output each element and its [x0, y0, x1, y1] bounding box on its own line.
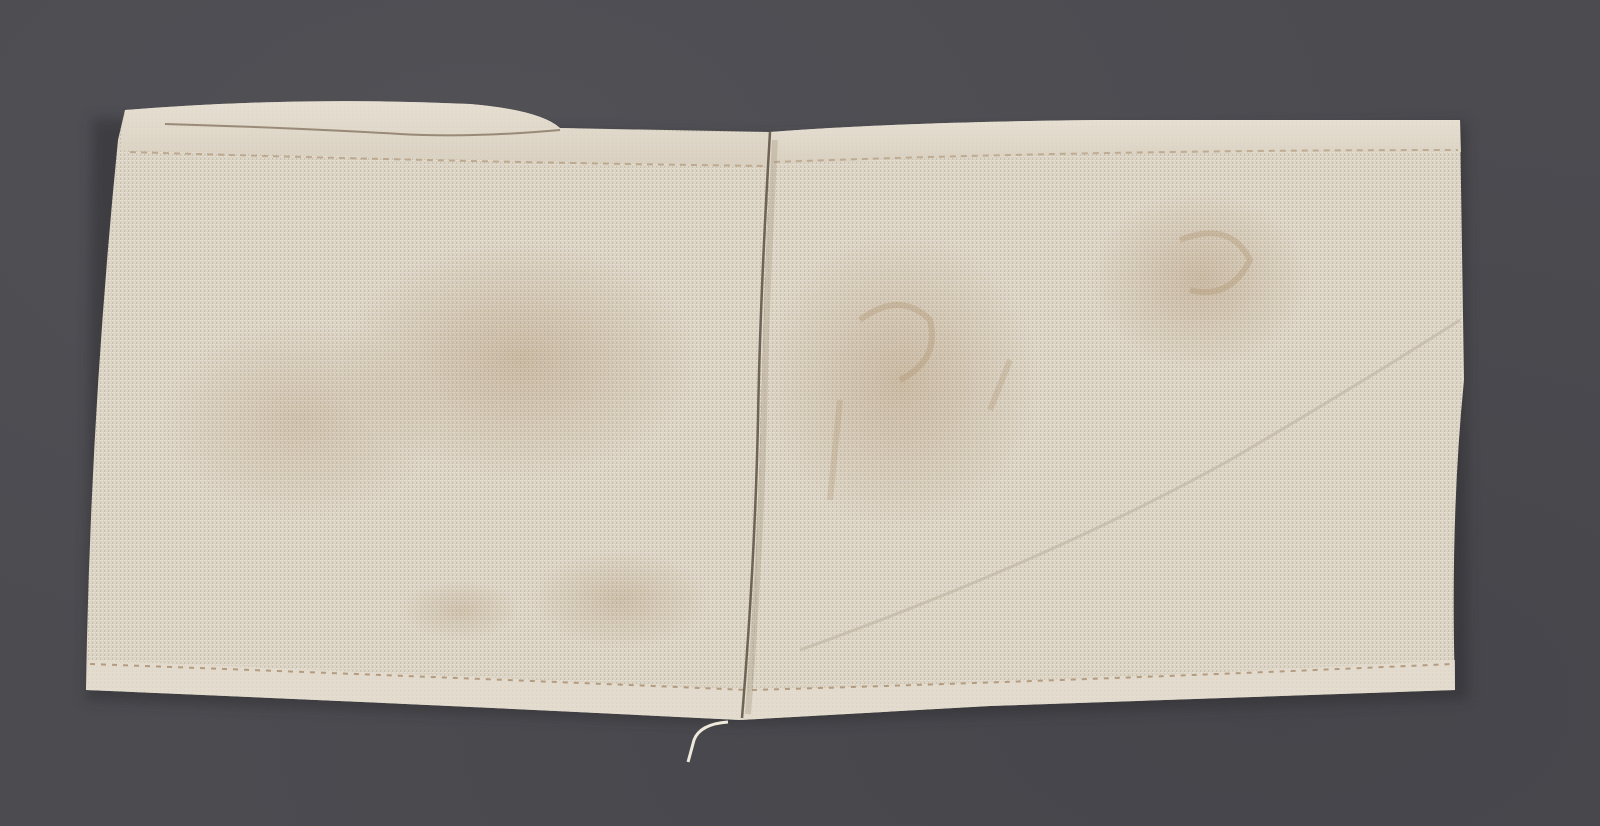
loose-thread: [688, 722, 728, 762]
armband-photo: [0, 0, 1600, 826]
photo-scene: [0, 0, 1600, 826]
